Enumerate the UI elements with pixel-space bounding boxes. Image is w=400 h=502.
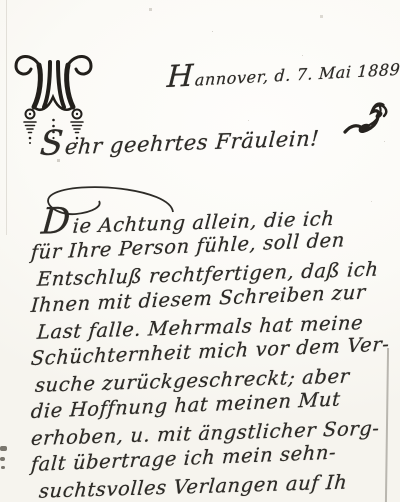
scan-smudge bbox=[1, 466, 5, 469]
dateline: Hannover, d. 7. Mai 1889. bbox=[166, 47, 400, 95]
scan-smudge bbox=[0, 457, 5, 461]
salutation: Sehr geehrtes Fräulein! bbox=[39, 114, 321, 164]
scan-edge-left bbox=[6, 0, 7, 235]
scanned-letter-page: Hannover, d. 7. Mai 1889. Sehr geehrtes … bbox=[0, 0, 400, 502]
letter-body: Die Achtung allein, die ich für Ihre Per… bbox=[30, 206, 396, 502]
bird-flourish-icon bbox=[341, 99, 395, 141]
scan-specks bbox=[0, 0, 1, 1]
scan-smudge bbox=[0, 446, 7, 451]
